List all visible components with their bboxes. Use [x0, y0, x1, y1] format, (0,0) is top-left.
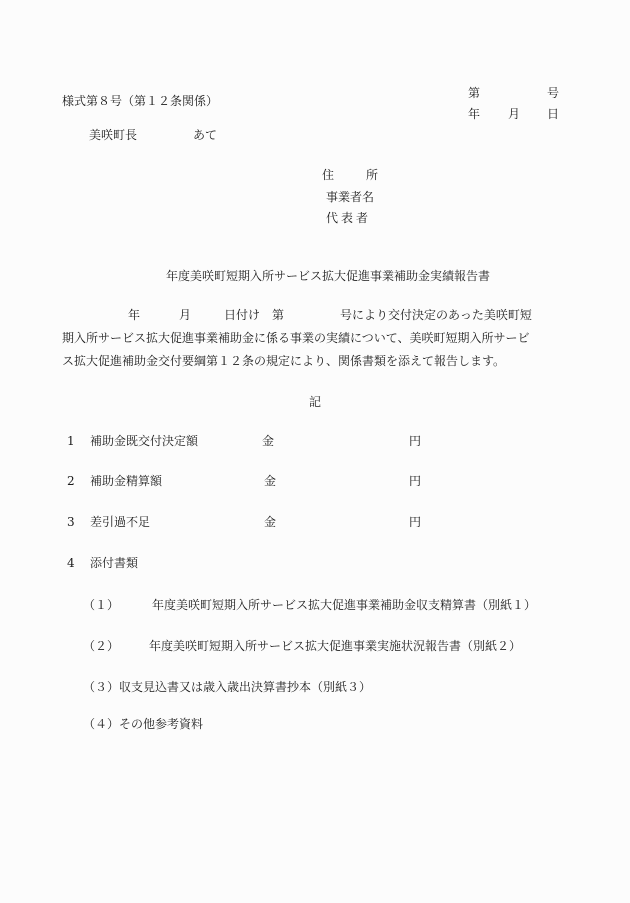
attachment-item: （２） 年度美咲町短期入所サービス拡大促進事業実施状況報告書（別紙２）: [83, 638, 603, 654]
ki-heading: 記: [309, 394, 321, 410]
attachment-marker: （２）: [83, 638, 119, 654]
attachments-heading: 4 添付書類: [62, 555, 262, 571]
item-label: 補助金既交付決定額: [90, 433, 198, 449]
body-number-prefix: 第: [272, 307, 284, 323]
doc-number-label: 第: [468, 85, 480, 101]
item-kin-label: 金: [264, 514, 276, 530]
sender-address-label: 住 所: [322, 167, 378, 183]
addressee-suffix: あて: [193, 127, 217, 143]
attachments-number: 4: [67, 555, 75, 571]
date-month-label: 月: [508, 106, 520, 122]
attachment-item: （３） 収支見込書又は歳入歳出決算書抄本（別紙３）: [83, 679, 603, 695]
sender-address-label-2: 所: [366, 167, 378, 183]
doc-number-suffix: 号: [547, 85, 559, 101]
attachment-marker: （４）: [83, 716, 119, 732]
document-title: 年度美咲町短期入所サービス拡大促進事業補助金実績報告書: [166, 268, 490, 284]
body-year: 年: [128, 307, 140, 323]
attachment-item: （１） 年度美咲町短期入所サービス拡大促進事業補助金収支精算書（別紙１）: [83, 597, 603, 613]
item-row: 2 補助金精算額 金 円: [62, 473, 462, 489]
attachment-item: （４） その他参考資料: [83, 716, 603, 732]
item-number: 2: [67, 473, 75, 489]
item-row: 1 補助金既交付決定額 金 円: [62, 433, 462, 449]
item-kin-label: 金: [264, 473, 276, 489]
date-day-label: 日: [547, 106, 559, 122]
body-month: 月: [179, 307, 191, 323]
item-number: 1: [67, 433, 75, 449]
addressee-name: 美咲町長: [89, 127, 137, 143]
attachment-marker: （１）: [83, 597, 119, 613]
attachment-text: その他参考資料: [119, 716, 203, 732]
item-number: 3: [67, 514, 75, 530]
item-label: 差引過不足: [90, 514, 150, 530]
attachments-heading-label: 添付書類: [90, 555, 138, 571]
item-kin-label: 金: [262, 433, 274, 449]
sender-address-label-1: 住: [322, 167, 334, 183]
body-line-3: ス拡大促進補助金交付要綱第１２条の規定により、関係書類を添えて報告します。: [62, 353, 505, 369]
item-en-label: 円: [409, 473, 421, 489]
attachment-marker: （３）: [83, 679, 119, 695]
attachment-text: 年度美咲町短期入所サービス拡大促進事業補助金収支精算書（別紙１）: [152, 597, 536, 613]
form-number: 様式第８号（第１２条関係）: [62, 93, 218, 109]
item-en-label: 円: [409, 514, 421, 530]
sender-business-name-label: 事業者名: [326, 189, 374, 205]
date-year-label: 年: [468, 106, 480, 122]
attachment-text: 収支見込書又は歳入歳出決算書抄本（別紙３）: [119, 679, 371, 695]
item-en-label: 円: [409, 433, 421, 449]
body-day-suffix: 日付け: [224, 307, 260, 323]
sender-representative-label: 代表者: [326, 210, 371, 226]
body-line-2: 期入所サービス拡大促進事業補助金に係る事業の実績について、美咲町短期入所サービ: [62, 330, 530, 346]
attachment-text: 年度美咲町短期入所サービス拡大促進事業実施状況報告書（別紙２）: [149, 638, 521, 654]
item-label: 補助金精算額: [90, 473, 162, 489]
item-row: 3 差引過不足 金 円: [62, 514, 462, 530]
body-line-1-rest: 号により交付決定のあった美咲町短: [340, 307, 532, 323]
